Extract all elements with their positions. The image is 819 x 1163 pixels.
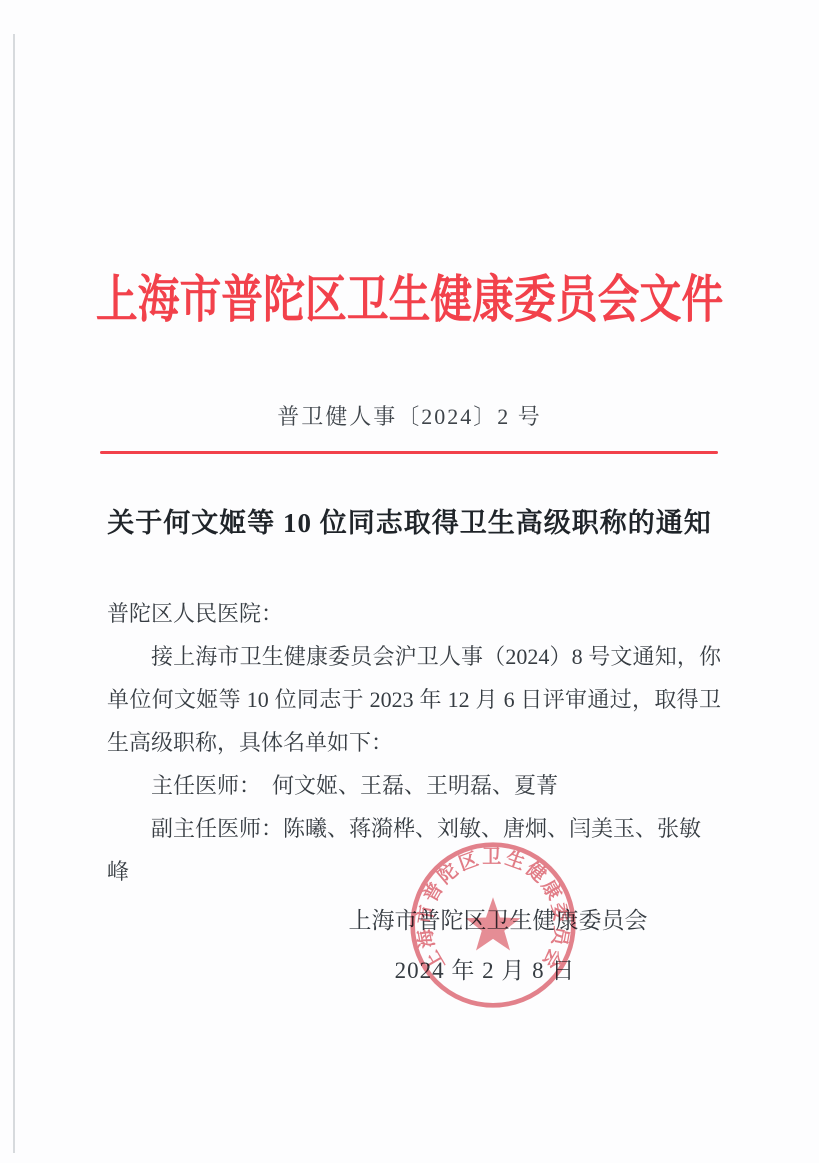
scan-edge-line	[13, 34, 15, 1153]
document-number: 普卫健人事〔2024〕2 号	[0, 400, 819, 431]
signature-org-name: 上海市普陀区卫生健康委员会	[348, 902, 648, 935]
body-paragraph: 接上海市卫生健康委员会沪卫人事（2024）8 号文通知，你单位何文姬等 10 位…	[107, 635, 721, 764]
notice-body: 普陀区人民医院： 接上海市卫生健康委员会沪卫人事（2024）8 号文通知，你单位…	[107, 592, 721, 893]
signature-block: 上海市普陀区卫生健康委员会 2024 年 2 月 8 日	[348, 902, 648, 985]
recipient-salutation: 普陀区人民医院：	[107, 592, 721, 635]
document-page: 上海市普陀区卫生健康委员会文件 普卫健人事〔2024〕2 号 关于何文姬等 10…	[0, 0, 819, 1163]
roster-line-deputy-chief-physicians: 副主任医师：陈曦、蒋漪桦、刘敏、唐炯、闫美玉、张敏峰	[107, 807, 721, 893]
letterhead-org-title: 上海市普陀区卫生健康委员会文件	[74, 258, 746, 332]
roster-line-chief-physicians: 主任医师： 何文姬、王磊、王明磊、夏菁	[107, 764, 721, 807]
signature-date: 2024 年 2 月 8 日	[348, 952, 622, 985]
notice-title: 关于何文姬等 10 位同志取得卫生高级职称的通知	[0, 501, 819, 540]
letterhead-separator-line	[100, 451, 718, 454]
